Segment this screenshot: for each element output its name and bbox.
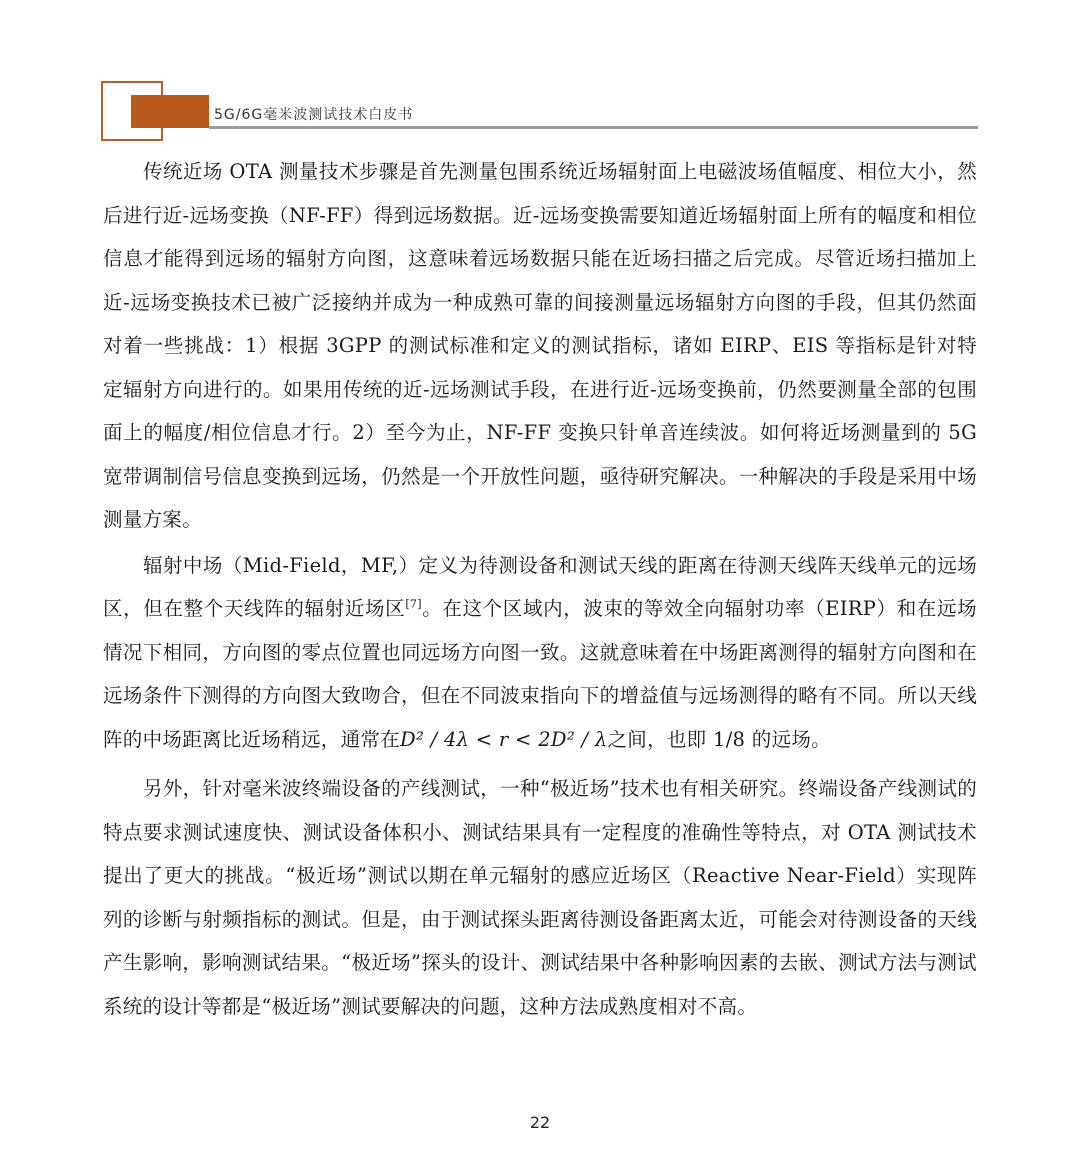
mid-field-text-3: 之间，也即 1/8 的远场。: [607, 728, 830, 751]
document-body: 传统近场 OTA 测量技术步骤是首先测量包围系统近场辐射面上电磁波场值幅度、相位…: [103, 150, 977, 1028]
header-divider: [209, 126, 978, 129]
paragraph-mid-field: 辐射中场（Mid-Field，MF,）定义为待测设备和测试天线的距离在待测天线阵…: [103, 544, 977, 762]
paragraph-extreme-near-field: 另外，针对毫米波终端设备的产线测试，一种“极近场”技术也有相关研究。终端设备产线…: [103, 767, 977, 1028]
page-header: 5G/6G毫米波测试技术白皮书: [0, 0, 1080, 150]
running-header-title: 5G/6G毫米波测试技术白皮书: [214, 104, 413, 124]
page-number: 22: [0, 1113, 1080, 1132]
logo-filled-block: [131, 95, 209, 128]
citation-ref: [7]: [405, 598, 421, 611]
distance-formula: D² / 4λ < r < 2D² / λ: [400, 728, 607, 751]
paragraph-near-field-ota: 传统近场 OTA 测量技术步骤是首先测量包围系统近场辐射面上电磁波场值幅度、相位…: [103, 150, 977, 542]
